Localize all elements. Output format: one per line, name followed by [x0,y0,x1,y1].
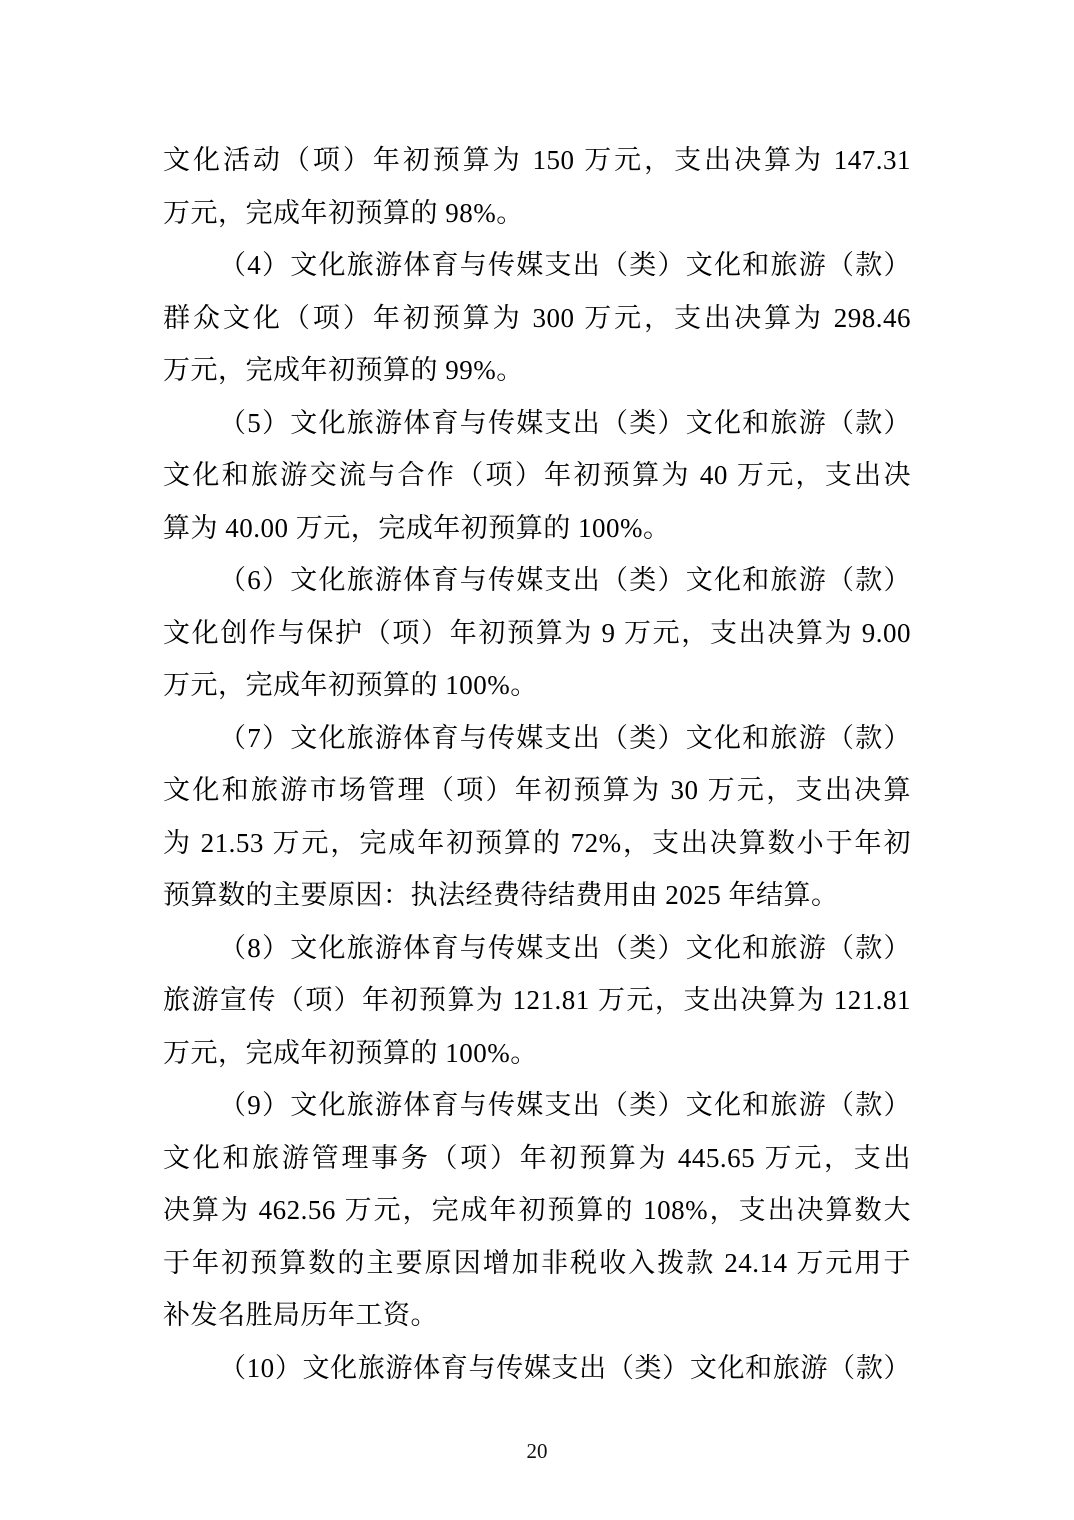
text-line: 万元，完成年初预算的 100%。 [163,659,911,712]
text-line: 于年初预算数的主要原因增加非税收入拨款 24.14 万元用于 [163,1237,911,1290]
text-line: （6）文化旅游体育与传媒支出（类）文化和旅游（款） [163,554,911,607]
text-line: （5）文化旅游体育与传媒支出（类）文化和旅游（款） [163,397,911,450]
text-line: 文化活动（项）年初预算为 150 万元，支出决算为 147.31 [163,134,911,187]
text-line: （4）文化旅游体育与传媒支出（类）文化和旅游（款） [163,239,911,292]
text-line: 预算数的主要原因：执法经费待结费用由 2025 年结算。 [163,869,911,922]
text-line: 旅游宣传（项）年初预算为 121.81 万元，支出决算为 121.81 [163,974,911,1027]
text-line: 文化和旅游管理事务（项）年初预算为 445.65 万元，支出 [163,1132,911,1185]
page-number: 20 [0,1438,1074,1464]
text-line: （10）文化旅游体育与传媒支出（类）文化和旅游（款） [163,1342,911,1395]
text-line: 万元，完成年初预算的 99%。 [163,344,911,397]
text-line: 文化和旅游市场管理（项）年初预算为 30 万元，支出决算 [163,764,911,817]
text-line: （7）文化旅游体育与传媒支出（类）文化和旅游（款） [163,712,911,765]
text-line: 补发名胜局历年工资。 [163,1289,911,1342]
text-line: 群众文化（项）年初预算为 300 万元，支出决算为 298.46 [163,292,911,345]
text-line: （8）文化旅游体育与传媒支出（类）文化和旅游（款） [163,922,911,975]
text-line: 文化和旅游交流与合作（项）年初预算为 40 万元，支出决 [163,449,911,502]
text-line: 决算为 462.56 万元，完成年初预算的 108%，支出决算数大 [163,1184,911,1237]
document-page: 文化活动（项）年初预算为 150 万元，支出决算为 147.31 万元，完成年初… [0,0,1074,1520]
text-line: 文化创作与保护（项）年初预算为 9 万元，支出决算为 9.00 [163,607,911,660]
text-line: （9）文化旅游体育与传媒支出（类）文化和旅游（款） [163,1079,911,1132]
text-line: 算为 40.00 万元，完成年初预算的 100%。 [163,502,911,555]
text-line: 万元，完成年初预算的 100%。 [163,1027,911,1080]
body-text: 文化活动（项）年初预算为 150 万元，支出决算为 147.31 万元，完成年初… [163,134,911,1394]
text-line: 为 21.53 万元，完成年初预算的 72%，支出决算数小于年初 [163,817,911,870]
text-line: 万元，完成年初预算的 98%。 [163,187,911,240]
